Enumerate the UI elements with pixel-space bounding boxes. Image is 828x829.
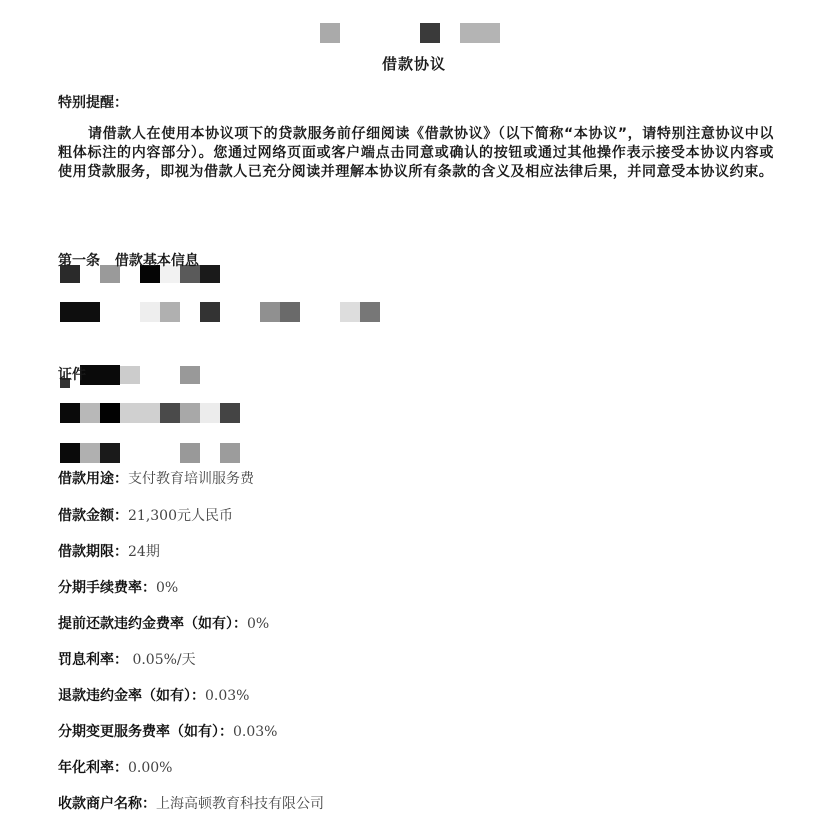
redaction-block	[180, 443, 200, 463]
field-row: 收款商户名称：上海高顿教育科技有限公司	[58, 793, 324, 813]
field-value: 0.05%/天	[128, 652, 196, 668]
field-row: 退款违约金率（如有）：0.03%	[58, 685, 249, 705]
field-label: 罚息利率：	[58, 652, 128, 668]
field-row: 借款期限：24期	[58, 541, 160, 561]
field-row: 分期手续费率：0%	[58, 577, 178, 597]
field-label: 借款金额：	[58, 508, 128, 524]
redaction-block	[100, 443, 120, 463]
redaction-block	[460, 23, 500, 43]
redaction-block	[80, 443, 100, 463]
redaction-block	[220, 403, 240, 423]
field-value: 0.00%	[128, 760, 172, 776]
redaction-block	[340, 302, 360, 322]
redaction-block	[100, 403, 120, 423]
notice-body: 请借款人在使用本协议项下的贷款服务前仔细阅读《借款协议》（以下简称“本协议”，请…	[58, 125, 774, 182]
notice-label: 特别提醒：	[58, 92, 128, 112]
redaction-block	[260, 302, 280, 322]
redaction-block	[160, 403, 180, 423]
id-type-label-partial: 证件	[58, 364, 86, 384]
redaction-block	[180, 366, 200, 384]
field-label: 借款期限：	[58, 544, 128, 560]
field-label: 提前还款违约金费率（如有）：	[58, 616, 247, 632]
field-row: 借款金额：21,300元人民币	[58, 505, 233, 525]
field-value: 上海高顿教育科技有限公司	[156, 796, 324, 812]
field-label: 年化利率：	[58, 760, 128, 776]
field-label: 退款违约金率（如有）：	[58, 688, 205, 704]
document-title: 借款协议	[0, 53, 828, 74]
field-row: 提前还款违约金费率（如有）：0%	[58, 613, 269, 633]
redaction-block	[80, 403, 100, 423]
field-value: 0%	[247, 616, 269, 632]
redaction-block	[140, 302, 160, 322]
field-row: 分期变更服务费率（如有）：0.03%	[58, 721, 277, 741]
redaction-block	[220, 443, 240, 463]
redaction-block	[360, 302, 380, 322]
redaction-block	[80, 365, 120, 385]
section-title: 第一条 借款基本信息	[58, 250, 199, 270]
field-value: 21,300元人民币	[128, 508, 233, 524]
field-label: 分期变更服务费率（如有）：	[58, 724, 233, 740]
redaction-block	[200, 302, 220, 322]
field-row: 年化利率：0.00%	[58, 757, 172, 777]
field-label: 分期手续费率：	[58, 580, 156, 596]
field-value: 24期	[128, 544, 160, 560]
field-value: 0.03%	[205, 688, 249, 704]
redaction-block	[180, 403, 200, 423]
field-label: 收款商户名称：	[58, 796, 156, 812]
field-label: 借款用途：	[58, 471, 128, 487]
redaction-block	[120, 366, 140, 384]
redaction-block	[200, 265, 220, 283]
redaction-block	[280, 302, 300, 322]
field-value: 0.03%	[233, 724, 277, 740]
redaction-block	[60, 403, 80, 423]
redaction-block	[420, 23, 440, 43]
redaction-block	[120, 403, 160, 423]
field-row: 借款用途：支付教育培训服务费	[58, 468, 254, 488]
field-value: 0%	[156, 580, 178, 596]
redaction-block	[320, 23, 340, 43]
redaction-block	[60, 302, 100, 322]
field-row: 罚息利率： 0.05%/天	[58, 649, 196, 669]
redaction-block	[160, 302, 180, 322]
redaction-block	[60, 443, 80, 463]
redaction-block	[200, 403, 220, 423]
field-value: 支付教育培训服务费	[128, 471, 254, 487]
